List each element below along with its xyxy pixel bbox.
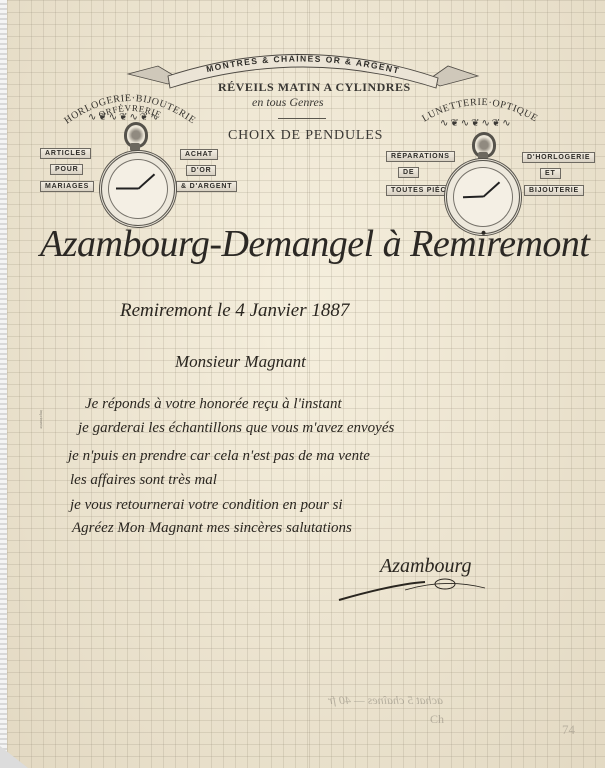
pencil-note-side: 74: [562, 722, 575, 738]
printer-margin-note: imprimerie: [40, 410, 44, 480]
ribbon-reparations: RÉPARATIONS: [386, 151, 455, 162]
body-line-6: Agréez Mon Magnant mes sincères salutati…: [72, 520, 352, 537]
ribbon-pour: POUR: [50, 164, 83, 175]
body-line-1: Je réponds à votre honorée reçu à l'inst…: [85, 396, 342, 413]
ribbon-dor: D'OR: [186, 165, 216, 176]
ornament-flourish-right: ∿❦∿❦∿❦∿: [440, 118, 513, 129]
ribbon-de: DE: [398, 167, 419, 178]
body-line-5: je vous retournerai votre condition en p…: [70, 497, 343, 514]
center-heading-pendules: CHOIX DE PENDULES: [228, 128, 383, 144]
hour-hand: [463, 196, 483, 198]
fold-line: [309, 0, 310, 768]
pencil-note-reverse: achat 5 chaînes — 40 fr: [328, 693, 443, 708]
minute-hand: [137, 173, 154, 189]
divider-rule: [278, 118, 326, 119]
ribbon-et: ET: [540, 168, 561, 179]
scan-edge: [0, 0, 7, 768]
hour-hand: [116, 188, 138, 190]
body-line-3: je n'puis en prendre car cela n'est pas …: [68, 448, 370, 465]
ribbon-mariages: MARIAGES: [40, 181, 94, 192]
center-heading-reveils: RÉVEILS MATIN A CYLINDRES: [218, 80, 411, 95]
minute-hand: [482, 181, 499, 197]
torn-corner: [0, 746, 28, 768]
ribbon-dhorlogerie: D'HORLOGERIE: [522, 152, 595, 163]
pencil-note-reverse-2: Ch: [430, 712, 444, 727]
pocket-watch-icon: [99, 150, 177, 228]
ornament-flourish-left: ∿❦∿❦∿❦∿: [88, 112, 161, 123]
body-line-2: je garderai les échantillons que vous m'…: [78, 420, 394, 437]
firm-name: Azambourg-Demangel à Remiremont: [40, 222, 589, 266]
ribbon-bijouterie: BIJOUTERIE: [524, 185, 584, 196]
center-heading-genres: en tous Genres: [252, 95, 324, 110]
dateline: Remiremont le 4 Janvier 1887: [120, 300, 349, 322]
signature-flourish: [335, 570, 505, 610]
body-line-4: les affaires sont très mal: [70, 472, 217, 489]
ribbon-dargent: & D'ARGENT: [176, 181, 237, 192]
ribbon-articles: ARTICLES: [40, 148, 91, 159]
salutation: Monsieur Magnant: [175, 352, 306, 372]
ribbon-achat: ACHAT: [180, 149, 218, 160]
